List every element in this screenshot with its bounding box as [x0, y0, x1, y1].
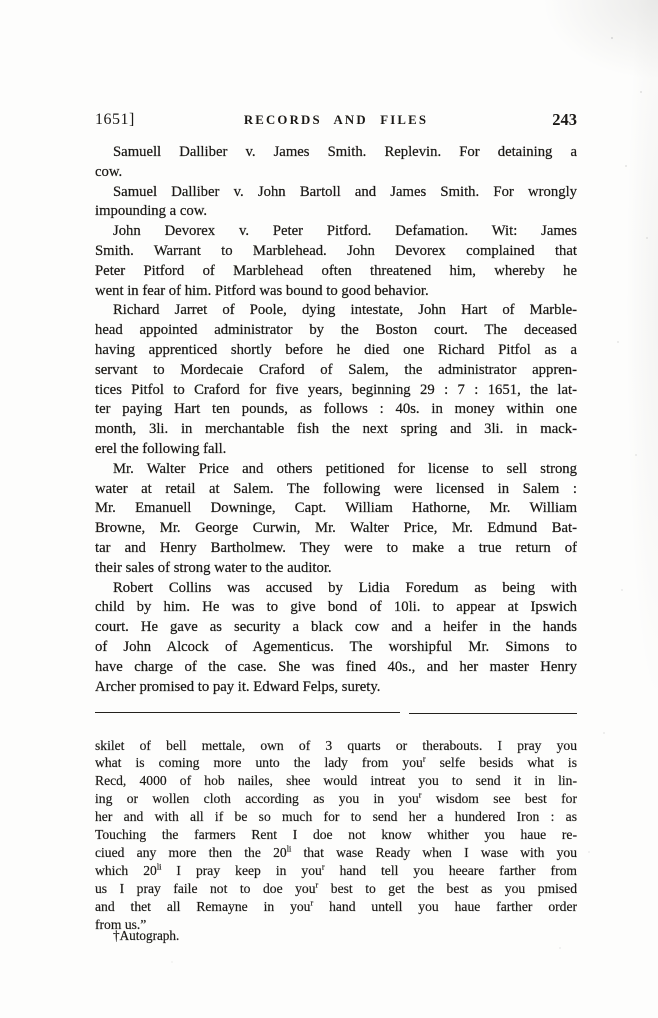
text-line: impounding a cow. [95, 203, 577, 223]
text-line: tices Pitfol to Craford for five years, … [95, 382, 577, 402]
text-line: Smith. Warrant to Marblehead. John Devor… [95, 243, 577, 263]
page-title: RECORDS AND FILES [95, 113, 577, 128]
text-line: us I pray faile not to doe your best to … [95, 881, 577, 899]
text-line: Mr. Walter Price and others petitioned f… [95, 461, 577, 481]
text-line: water at retail at Salem. The following … [95, 481, 577, 501]
paragraph: Samuel Dalliber v. John Bartoll and Jame… [95, 184, 577, 224]
text-line: their sales of strong water to the audit… [95, 560, 577, 580]
paragraph: Robert Collins was accused by Lidia Fore… [95, 580, 577, 699]
text-line: head appointed administrator by the Bost… [95, 322, 577, 342]
text-line: her and with all if be so much for to se… [95, 809, 577, 827]
footnote-divider-rule [95, 712, 577, 715]
text-line: Archer promised to pay it. Edward Felps,… [95, 679, 577, 699]
text-line: Robert Collins was accused by Lidia Fore… [95, 580, 577, 600]
text-line: ing or wollen cloth according as you in … [95, 791, 577, 809]
text-line: cow. [95, 164, 577, 184]
text-line: tar and Henry Bartholmew. They were to m… [95, 540, 577, 560]
text-line: having apprenticed shortly before he die… [95, 342, 577, 362]
text-line: child by him. He was to give bond of 10l… [95, 599, 577, 619]
text-line: Touching the farmers Rent I doe not know… [95, 827, 577, 845]
text-line: Richard Jarret of Poole, dying intestate… [95, 302, 577, 322]
text-line: skilet of bell mettale, own of 3 quarts … [95, 738, 577, 756]
text-line: ter paying Hart ten pounds, as follows :… [95, 401, 577, 421]
paragraph: Richard Jarret of Poole, dying intestate… [95, 302, 577, 460]
text-line: erel the following fall. [95, 441, 577, 461]
book-page: 1651] RECORDS AND FILES 243 Samuell Dall… [0, 0, 658, 1018]
footnote-divider-segment [95, 712, 400, 713]
text-line: Samuell Dalliber v. James Smith. Replevi… [95, 144, 577, 164]
text-line: month, 3li. in merchantable fish the nex… [95, 421, 577, 441]
text-line: servant to Mordecaie Craford of Salem, t… [95, 362, 577, 382]
paragraph: John Devorex v. Peter Pitford. Defamatio… [95, 223, 577, 302]
text-line: Samuel Dalliber v. John Bartoll and Jame… [95, 184, 577, 204]
page-number: 243 [552, 110, 577, 130]
paragraph: Mr. Walter Price and others petitioned f… [95, 461, 577, 580]
autograph-footnote: †Autograph. [113, 928, 179, 944]
main-text-block: Samuell Dalliber v. James Smith. Replevi… [95, 144, 577, 698]
footnote-text-block: skilet of bell mettale, own of 3 quarts … [95, 724, 577, 948]
text-line: what is coming more unto the lady from y… [95, 755, 577, 773]
text-line: John Devorex v. Peter Pitford. Defamatio… [95, 223, 577, 243]
text-line: Peter Pitford of Marblehead often threat… [95, 263, 577, 283]
paragraph: Samuell Dalliber v. James Smith. Replevi… [95, 144, 577, 184]
text-line: went in fear of him. Pitford was bound t… [95, 283, 577, 303]
text-line: ciued any more then the 20li that wase R… [95, 845, 577, 863]
footnote-divider-segment [409, 713, 577, 714]
text-line: which 20li I pray keep in your hand tell… [95, 863, 577, 881]
text-line: of John Alcock of Agementicus. The worsh… [95, 639, 577, 659]
text-line: Browne, Mr. George Curwin, Mr. Walter Pr… [95, 520, 577, 540]
text-line: have charge of the case. She was fined 4… [95, 659, 577, 679]
running-head: 1651] RECORDS AND FILES 243 [95, 110, 577, 132]
text-line: court. He gave as security a black cow a… [95, 619, 577, 639]
text-line: Recd, 4000 of hob nailes, shee would int… [95, 773, 577, 791]
paragraph: skilet of bell mettale, own of 3 quarts … [95, 738, 577, 935]
text-line: Mr. Emanuell Downinge, Capt. William Hat… [95, 500, 577, 520]
text-line: and thet all Remayne in your hand untell… [95, 899, 577, 917]
